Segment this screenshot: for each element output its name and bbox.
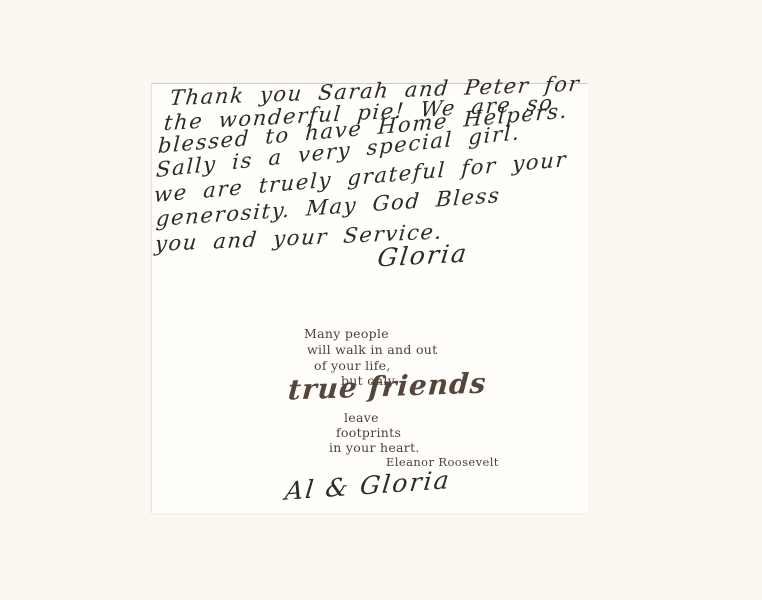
greeting-card: Thank you Sarah and Peter for the wonder… bbox=[151, 83, 588, 513]
card-signature: Al & Gloria bbox=[284, 465, 453, 505]
quote-emphasis-script: true friends bbox=[287, 366, 488, 406]
scanned-thank-you-card: Thank you Sarah and Peter for the wonder… bbox=[0, 0, 762, 600]
note-signature: Gloria bbox=[376, 239, 470, 273]
quote-line: Many people bbox=[304, 326, 389, 341]
quote-line: in your heart. bbox=[329, 440, 420, 455]
quote-line: will walk in and out bbox=[307, 342, 437, 357]
quote-line: footprints bbox=[336, 425, 401, 440]
quote-line: leave bbox=[344, 410, 379, 425]
